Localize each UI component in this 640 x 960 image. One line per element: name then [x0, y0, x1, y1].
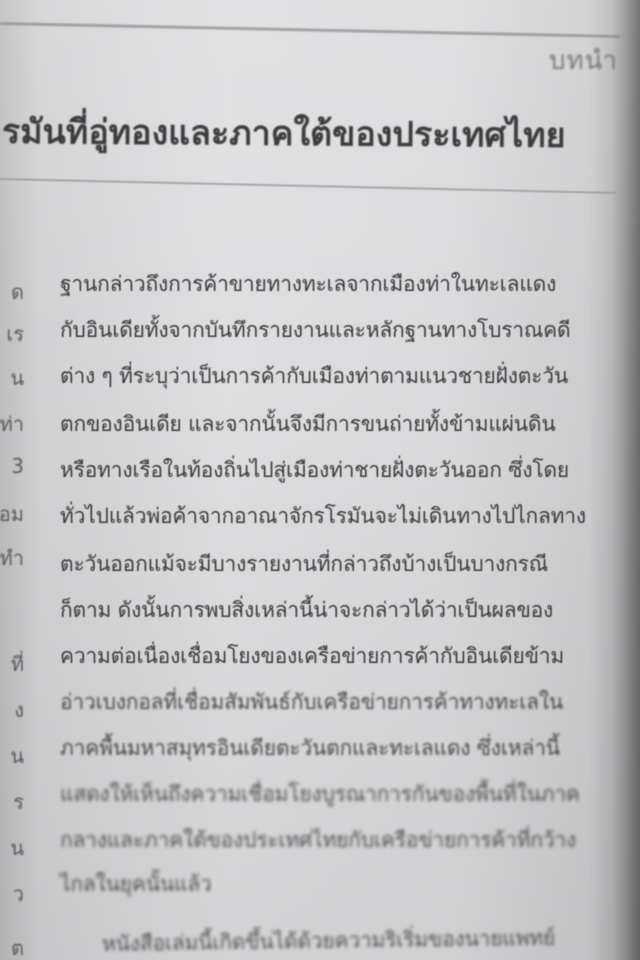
margin-fragment: ร: [13, 786, 24, 818]
margin-fragment: ด: [11, 276, 24, 308]
margin-fragment: น: [10, 832, 24, 864]
margin-fragment: ว: [13, 878, 24, 910]
header-rule: [0, 22, 620, 38]
margin-fragment: ทำ: [0, 542, 24, 574]
text-line: กลางและภาคใต้ของประเทศไทยกับเครือข่ายการ…: [60, 824, 576, 857]
text-line: กับอินเดียทั้งจากบันทึกรายงานและหลักฐานท…: [60, 314, 570, 347]
text-line: หรือทางเรือในท้องถิ่นไปสู่เมืองท่าชายฝั่…: [60, 454, 569, 487]
text-line: ก็ตาม ดังนั้นการพบสิ่งเหล่านี้น่าจะกล่าว…: [60, 594, 553, 627]
text-line: ต่าง ๆ ที่ระบุว่าเป็นการค้ากับเมืองท่าตา…: [60, 360, 568, 393]
text-line: ไกลในยุคนั้นแล้ว: [60, 868, 212, 901]
margin-fragment: น: [10, 740, 24, 772]
page-edge-shadow: [612, 0, 640, 960]
text-line: ตะวันออกแม้จะมีบางรายงานที่กล่าวถึงบ้างเ…: [60, 548, 548, 581]
margin-fragment: ต: [11, 932, 24, 960]
text-line: ตกของอินเดีย และจากนั้นจึงมีการขนถ่ายทั้…: [60, 408, 556, 441]
title-rule: [0, 178, 616, 194]
text-line: ภาคพื้นมหาสมุทรอินเดียตะวันตกและทะเลแดง …: [60, 732, 560, 765]
margin-fragment: น: [10, 362, 24, 394]
margin-fragment: เร: [6, 318, 24, 350]
text-line: แสดงให้เห็นถึงความเชื่อมโยงบูรณาการกันขอ…: [60, 778, 580, 811]
text-line: ฐานกล่าวถึงการค้าขายทางทะเลจากเมืองท่าใน…: [60, 268, 556, 301]
text-line: ความต่อเนื่องเชื่อมโยงของเครือข่ายการค้า…: [60, 640, 564, 673]
book-page-photo: บทนำ รมันที่อู่ทองและภาคใต้ของประเทศไทย …: [0, 0, 640, 960]
margin-fragment: ท่า: [0, 408, 24, 440]
chapter-title: รมันที่อู่ทองและภาคใต้ของประเทศไทย: [2, 104, 566, 162]
margin-fragment: ง: [14, 694, 24, 726]
margin-fragment: อม: [0, 498, 24, 530]
margin-fragment: ที่: [11, 648, 24, 680]
text-line: ทั่วไปแล้วพ่อค้าจากอาณาจักรโรมันจะไม่เดิ…: [60, 500, 586, 533]
next-paragraph-start: หนังสือเล่มนี้เกิดขึ้นได้ด้วยความริเริ่ม…: [102, 922, 556, 960]
text-line: อ่าวเบงกอลที่เชื่อมสัมพันธ์กับเครือข่ายก…: [60, 686, 563, 719]
running-head: บทนำ: [549, 40, 618, 81]
margin-fragment: 3: [11, 454, 24, 478]
